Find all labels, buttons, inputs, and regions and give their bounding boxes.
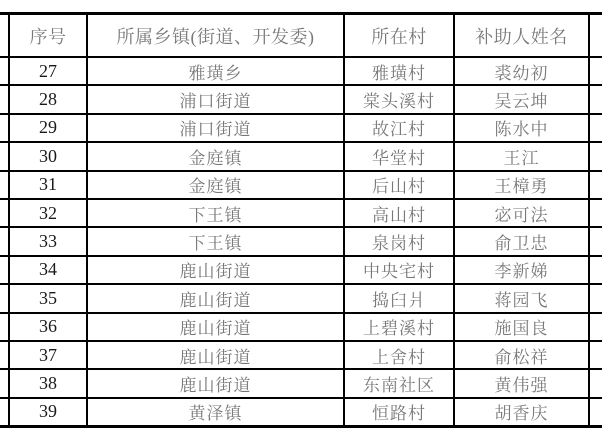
cell-name: 俞卫忠 [455, 228, 590, 254]
cell-village: 故江村 [345, 115, 455, 141]
right-cutoff-cell [590, 257, 602, 283]
table-row: 39 黄泽镇 恒路村 胡香庆 [0, 399, 602, 425]
cell-village: 泉岗村 [345, 228, 455, 254]
cell-village: 棠头溪村 [345, 86, 455, 112]
cell-name: 陈水中 [455, 115, 590, 141]
table-row: 34 鹿山街道 中央宅村 李新娣 [0, 257, 602, 285]
cell-name: 宓可法 [455, 200, 590, 226]
right-cutoff-cell [590, 228, 602, 254]
cell-name: 施国良 [455, 314, 590, 340]
cell-town: 鹿山街道 [88, 370, 345, 396]
left-cutoff-cell [0, 285, 10, 311]
cell-village: 上舍村 [345, 342, 455, 368]
document-page: 序号 所属乡镇(街道、开发委) 所在村 补助人姓名 27 雅璜乡 雅璜村 裘幼初… [0, 0, 602, 439]
cell-village: 后山村 [345, 172, 455, 198]
right-cutoff-cell [590, 115, 602, 141]
cell-no: 32 [10, 200, 88, 226]
right-cutoff-cell [590, 86, 602, 112]
table-row: 31 金庭镇 后山村 王樟勇 [0, 172, 602, 200]
header-cell-village: 所在村 [345, 15, 455, 56]
cell-town: 下王镇 [88, 200, 345, 226]
table-row: 38 鹿山街道 东南社区 黄伟强 [0, 370, 602, 398]
cell-no: 38 [10, 370, 88, 396]
left-cutoff-cell [0, 200, 10, 226]
table-row: 29 浦口街道 故江村 陈水中 [0, 115, 602, 143]
cell-no: 35 [10, 285, 88, 311]
right-cutoff-cell [590, 285, 602, 311]
right-cutoff-cell [590, 342, 602, 368]
table-row: 30 金庭镇 华堂村 王江 [0, 143, 602, 171]
cell-town: 浦口街道 [88, 115, 345, 141]
cell-village: 上碧溪村 [345, 314, 455, 340]
header-cell-name: 补助人姓名 [455, 15, 590, 56]
right-cutoff-cell [590, 399, 602, 425]
cell-name: 胡香庆 [455, 399, 590, 425]
cell-town: 鹿山街道 [88, 257, 345, 283]
cell-name: 王江 [455, 143, 590, 169]
cell-village: 雅璜村 [345, 58, 455, 84]
table-row: 36 鹿山街道 上碧溪村 施国良 [0, 314, 602, 342]
cell-town: 鹿山街道 [88, 314, 345, 340]
cell-name: 黄伟强 [455, 370, 590, 396]
left-cutoff-cell [0, 370, 10, 396]
cell-no: 27 [10, 58, 88, 84]
cell-no: 28 [10, 86, 88, 112]
subsidy-table: 序号 所属乡镇(街道、开发委) 所在村 补助人姓名 27 雅璜乡 雅璜村 裘幼初… [0, 12, 602, 428]
cell-town: 鹿山街道 [88, 285, 345, 311]
cell-village: 捣臼爿 [345, 285, 455, 311]
table-header-row: 序号 所属乡镇(街道、开发委) 所在村 补助人姓名 [0, 15, 602, 58]
cell-no: 33 [10, 228, 88, 254]
left-cutoff-cell [0, 342, 10, 368]
cell-town: 金庭镇 [88, 172, 345, 198]
cell-name: 蒋园飞 [455, 285, 590, 311]
right-cutoff-cell [590, 172, 602, 198]
left-cutoff-cell [0, 115, 10, 141]
left-cutoff-cell [0, 172, 10, 198]
cell-name: 王樟勇 [455, 172, 590, 198]
cell-name: 吴云坤 [455, 86, 590, 112]
cell-no: 34 [10, 257, 88, 283]
header-cell-town: 所属乡镇(街道、开发委) [88, 15, 345, 56]
left-cutoff-cell [0, 228, 10, 254]
table-row: 33 下王镇 泉岗村 俞卫忠 [0, 228, 602, 256]
right-cutoff-cell [590, 200, 602, 226]
cell-village: 东南社区 [345, 370, 455, 396]
cell-village: 恒路村 [345, 399, 455, 425]
cell-town: 下王镇 [88, 228, 345, 254]
left-cutoff-cell [0, 86, 10, 112]
cell-name: 李新娣 [455, 257, 590, 283]
table-row: 32 下王镇 高山村 宓可法 [0, 200, 602, 228]
cell-village: 中央宅村 [345, 257, 455, 283]
right-cutoff-cell [590, 15, 602, 56]
cell-no: 37 [10, 342, 88, 368]
right-cutoff-cell [590, 143, 602, 169]
header-cell-no: 序号 [10, 15, 88, 56]
cell-no: 31 [10, 172, 88, 198]
cell-no: 29 [10, 115, 88, 141]
cell-no: 30 [10, 143, 88, 169]
cell-no: 39 [10, 399, 88, 425]
cell-town: 金庭镇 [88, 143, 345, 169]
table-row: 27 雅璜乡 雅璜村 裘幼初 [0, 58, 602, 86]
cell-village: 华堂村 [345, 143, 455, 169]
cell-name: 裘幼初 [455, 58, 590, 84]
table-row: 28 浦口街道 棠头溪村 吴云坤 [0, 86, 602, 114]
right-cutoff-cell [590, 58, 602, 84]
cell-name: 俞松祥 [455, 342, 590, 368]
left-cutoff-cell [0, 58, 10, 84]
cell-town: 黄泽镇 [88, 399, 345, 425]
cell-no: 36 [10, 314, 88, 340]
left-cutoff-cell [0, 15, 10, 56]
left-cutoff-cell [0, 399, 10, 425]
right-cutoff-cell [590, 370, 602, 396]
right-cutoff-cell [590, 314, 602, 340]
left-cutoff-cell [0, 314, 10, 340]
cell-village: 高山村 [345, 200, 455, 226]
table-row: 35 鹿山街道 捣臼爿 蒋园飞 [0, 285, 602, 313]
cell-town: 浦口街道 [88, 86, 345, 112]
table-row: 37 鹿山街道 上舍村 俞松祥 [0, 342, 602, 370]
cell-town: 鹿山街道 [88, 342, 345, 368]
cell-town: 雅璜乡 [88, 58, 345, 84]
left-cutoff-cell [0, 257, 10, 283]
left-cutoff-cell [0, 143, 10, 169]
